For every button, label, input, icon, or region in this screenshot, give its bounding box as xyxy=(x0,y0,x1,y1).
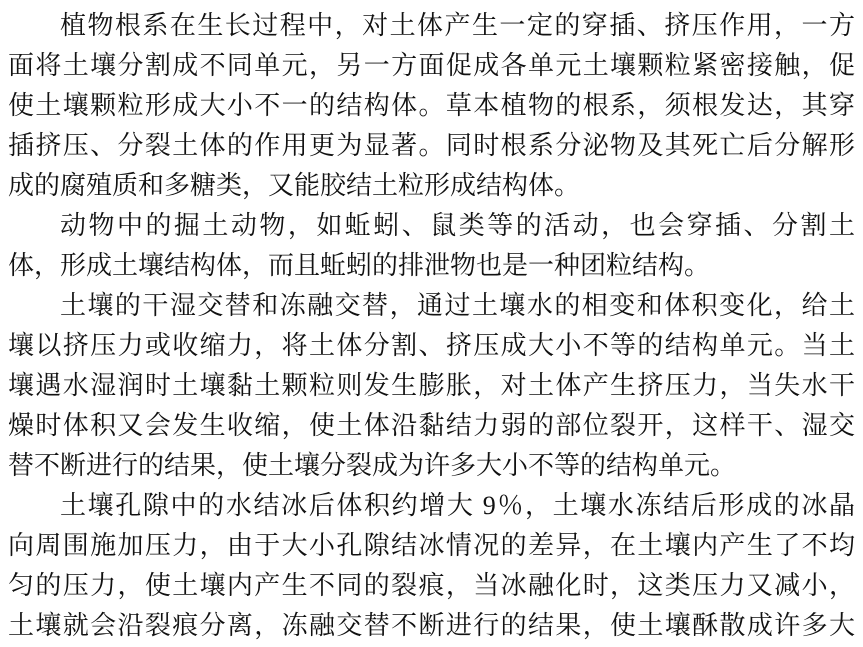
text-line: 土壤的干湿交替和冻融交替，通过土壤水的相变和体积变化，给土 xyxy=(8,286,855,326)
text-line: 成的腐殖质和多糖类，又能胶结土粒形成结构体。 xyxy=(8,166,855,206)
paragraph-roots: 植物根系在生长过程中，对土体产生一定的穿插、挤压作用，一方 面将土壤分割成不同单… xyxy=(8,6,855,206)
text-line: 植物根系在生长过程中，对土体产生一定的穿插、挤压作用，一方 xyxy=(8,6,855,46)
document-page: 植物根系在生长过程中，对土体产生一定的穿插、挤压作用，一方 面将土壤分割成不同单… xyxy=(0,0,863,647)
paragraph-wet-dry-cycles: 土壤的干湿交替和冻融交替，通过土壤水的相变和体积变化，给土 壤以挤压力或收缩力，… xyxy=(8,286,855,486)
text-line: 替不断进行的结果，使土壤分裂成为许多大小不等的结构单元。 xyxy=(8,446,855,486)
text-line: 体，形成土壤结构体，而且蚯蚓的排泄物也是一种团粒结构。 xyxy=(8,246,855,286)
text-line: 向周围施加压力，由于大小孔隙结冰情况的差异，在土壤内产生了不均 xyxy=(8,526,855,566)
document-body: { "document": { "background_color": "#ff… xyxy=(0,0,863,647)
text-line: 土壤就会沿裂痕分离，冻融交替不断进行的结果，使土壤酥散成许多大 xyxy=(8,606,855,646)
text-line: 插挤压、分裂土体的作用更为显著。同时根系分泌物及其死亡后分解形 xyxy=(8,126,855,166)
text-line: 使土壤颗粒形成大小不一的结构体。草本植物的根系，须根发达，其穿 xyxy=(8,86,855,126)
text-line: 面将土壤分割成不同单元，另一方面促成各单元土壤颗粒紧密接触，促 xyxy=(8,46,855,86)
text-line: 匀的压力，使土壤内产生不同的裂痕，当冰融化时，这类压力又减小， xyxy=(8,566,855,606)
text-line: 动物中的掘土动物，如蚯蚓、鼠类等的活动，也会穿插、分割土 xyxy=(8,206,855,246)
text-line: 燥时体积又会发生收缩，使土体沿黏结力弱的部位裂开，这样干、湿交 xyxy=(8,406,855,446)
paragraph-freeze-thaw: 土壤孔隙中的水结冰后体积约增大 9％，土壤水冻结后形成的冰晶 向周围施加压力，由… xyxy=(8,486,855,646)
text-line: 壤遇水湿润时土壤黏土颗粒则发生膨胀，对土体产生挤压力，当失水干 xyxy=(8,366,855,406)
text-line: 壤以挤压力或收缩力，将土体分割、挤压成大小不等的结构单元。当土 xyxy=(8,326,855,366)
paragraph-animals: 动物中的掘土动物，如蚯蚓、鼠类等的活动，也会穿插、分割土 体，形成土壤结构体，而… xyxy=(8,206,855,286)
text-line: 土壤孔隙中的水结冰后体积约增大 9％，土壤水冻结后形成的冰晶 xyxy=(8,486,855,526)
